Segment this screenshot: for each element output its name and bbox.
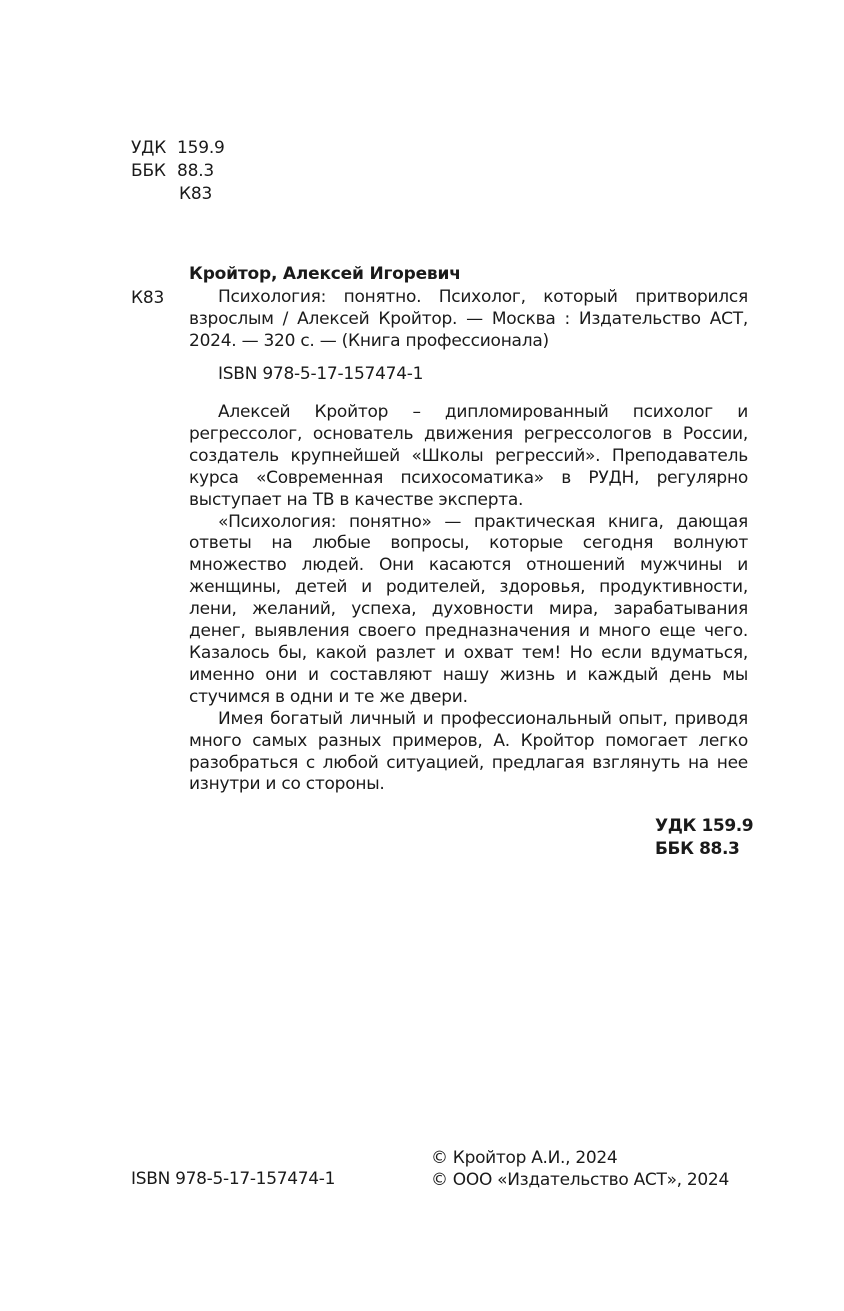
udk-row: УДК 159.9 — [131, 137, 225, 160]
annotation-paragraph: Имея богатый личный и профессиональный о… — [189, 709, 748, 797]
author-heading: Кройтор, Алексей Игоревич — [189, 263, 461, 286]
copyright-page: УДК 159.9 ББК 88.3 К83 Кройтор, Алексей … — [0, 0, 844, 1311]
annotation-paragraph: Алексей Кройтор – дипломированный психол… — [189, 402, 748, 512]
classification-right: УДК 159.9 ББК 88.3 — [655, 815, 753, 861]
bibliographic-text: Психология: понятно. Психолог, который п… — [189, 287, 748, 353]
bbk-row: ББК 88.3 — [131, 160, 225, 183]
copyright-author: © Кройтор А.И., 2024 — [431, 1147, 729, 1169]
udk-value: 159.9 — [177, 137, 225, 160]
udk-right: УДК 159.9 — [655, 815, 753, 838]
footer-isbn: ISBN 978-5-17-157474-1 — [131, 1168, 335, 1190]
udk-label: УДК — [131, 137, 177, 160]
entry-isbn: ISBN 978-5-17-157474-1 — [189, 364, 777, 386]
bbk-right: ББК 88.3 — [655, 838, 753, 861]
bibliographic-description: Психология: понятно. Психолог, который п… — [189, 287, 748, 353]
entry-author-mark: К83 — [131, 287, 164, 310]
author-mark: К83 — [131, 183, 225, 206]
classification-block: УДК 159.9 ББК 88.3 К83 — [131, 137, 225, 206]
copyright-block: © Кройтор А.И., 2024 © ООО «Издательство… — [431, 1147, 729, 1191]
annotation: Алексей Кройтор – дипломированный психол… — [189, 402, 748, 796]
copyright-publisher: © ООО «Издательство АСТ», 2024 — [431, 1169, 729, 1191]
bbk-label: ББК — [131, 160, 177, 183]
annotation-paragraph: «Психология: понятно» — практическая кни… — [189, 512, 748, 709]
bbk-value: 88.3 — [177, 160, 214, 183]
